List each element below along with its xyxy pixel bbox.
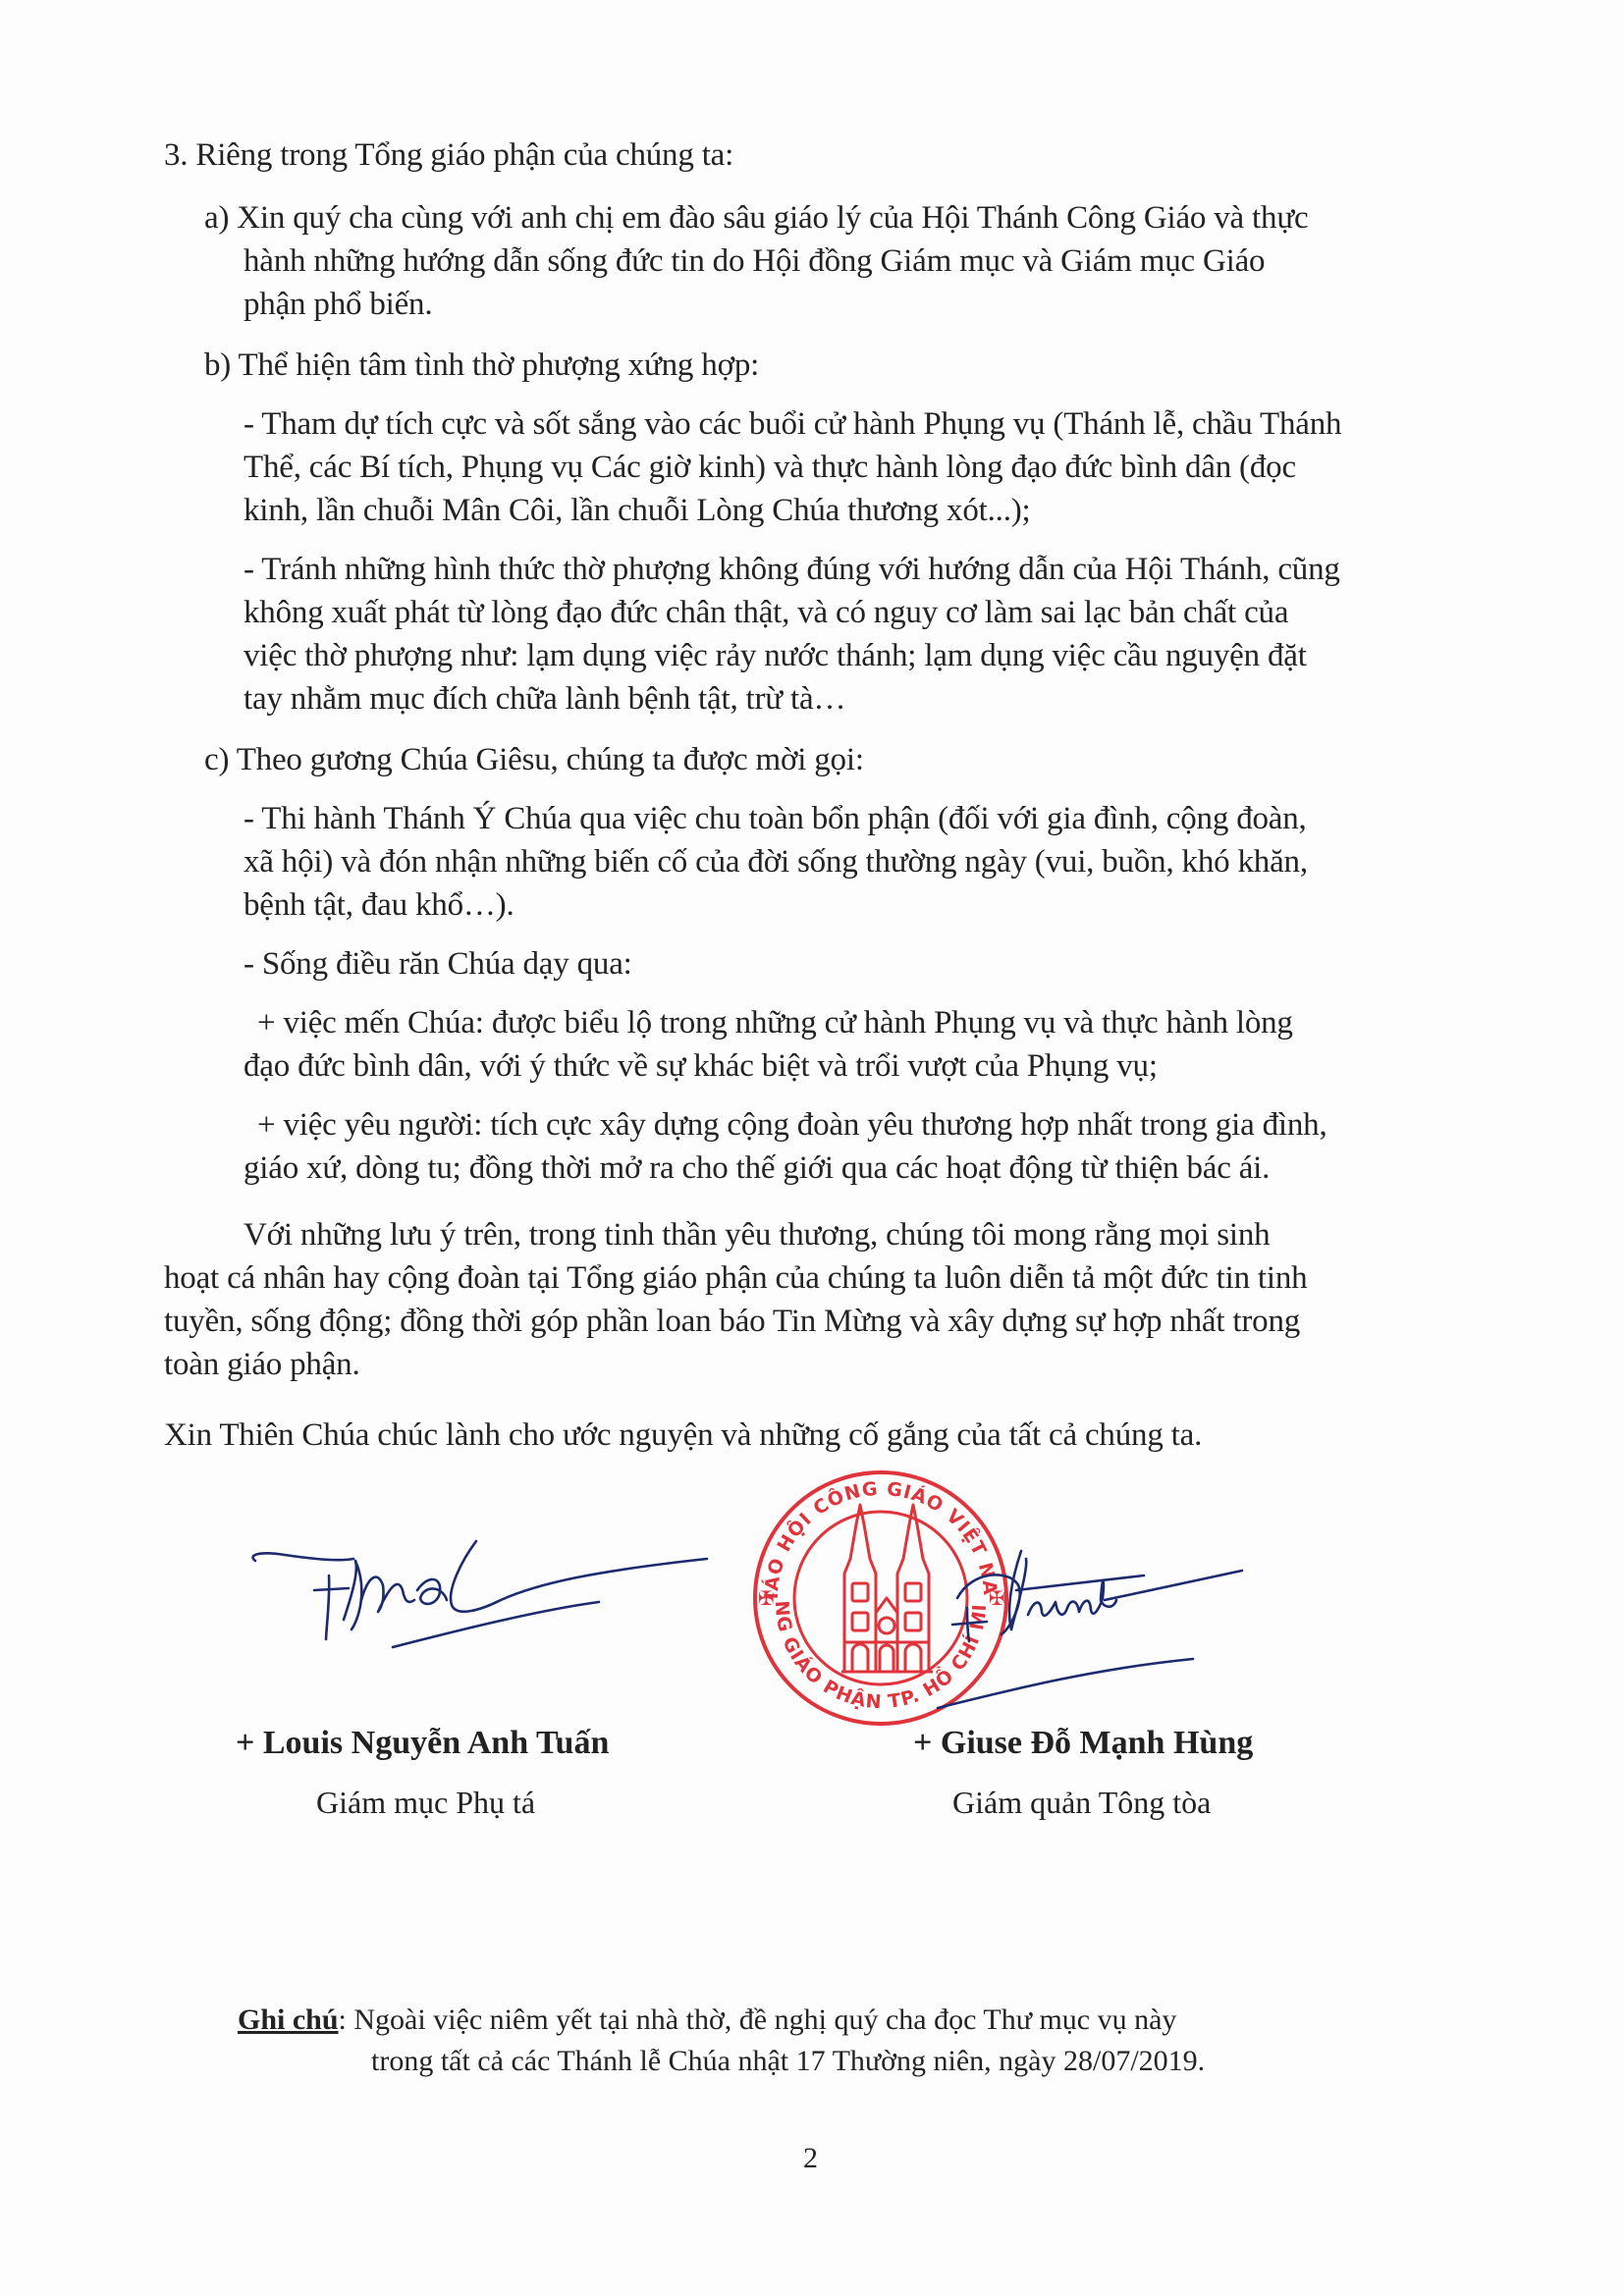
svg-text:✠: ✠ — [758, 1586, 775, 1610]
item-b-bullet-2-line-1: - Tránh những hình thức thờ phượng không… — [244, 548, 1340, 591]
item-c-sub-1-line-2: đạo đức bình dân, với ý thức về sự khác … — [244, 1044, 1158, 1088]
item-c-sub-2-line-1: + việc yêu người: tích cực xây dựng cộng… — [257, 1103, 1327, 1147]
note-separator: : — [339, 2003, 347, 2036]
item-c-bullet-2: - Sống điều răn Chúa dạy qua: — [244, 942, 632, 986]
document-page: 3. Riêng trong Tổng giáo phận của chúng … — [0, 0, 1624, 2296]
signatory-2-title: Giám quản Tông tòa — [952, 1785, 1211, 1821]
item-a-line-2: hành những hướng dẫn sống đức tin do Hội… — [244, 240, 1265, 283]
item-b-bullet-1-line-1: - Tham dự tích cực và sốt sắng vào các b… — [244, 402, 1341, 446]
item-b-bullet-1-line-3: kinh, lần chuỗi Mân Côi, lần chuỗi Lòng … — [244, 489, 1031, 532]
note-line-1: Ghi chú: Ngoài việc niêm yết tại nhà thờ… — [238, 2000, 1176, 2041]
note-label: Ghi chú — [238, 2003, 339, 2036]
item-c-sub-2-line-2: giáo xứ, dòng tu; đồng thời mở ra cho th… — [244, 1147, 1270, 1190]
item-c-bullet-1-line-3: bệnh tật, đau khổ…). — [244, 883, 514, 927]
section-3-heading: 3. Riêng trong Tổng giáo phận của chúng … — [164, 133, 733, 177]
page-number: 2 — [803, 2142, 818, 2175]
item-a-line-3: phận phổ biến. — [244, 283, 432, 326]
closing-line-4: toàn giáo phận. — [164, 1343, 360, 1386]
item-c-bullet-1-line-2: xã hội) và đón nhận những biến cố của đờ… — [244, 840, 1308, 883]
item-b-heading: b) Thể hiện tâm tình thờ phượng xứng hợp… — [204, 344, 759, 387]
item-c-bullet-1-line-1: - Thi hành Thánh Ý Chúa qua việc chu toà… — [244, 797, 1307, 840]
item-c-sub-1-line-1: + việc mến Chúa: được biểu lộ trong nhữn… — [257, 1001, 1293, 1044]
note-line-2: trong tất cả các Thánh lễ Chúa nhật 17 T… — [371, 2041, 1205, 2082]
closing-line-2: hoạt cá nhân hay cộng đoàn tại Tổng giáo… — [164, 1256, 1307, 1300]
note-text-1: Ngoài việc niêm yết tại nhà thờ, đề nghị… — [353, 2003, 1176, 2036]
item-b-bullet-2-line-3: việc thờ phượng như: lạm dụng việc rảy n… — [244, 634, 1307, 677]
item-b-bullet-2-line-4: tay nhằm mục đích chữa lành bệnh tật, tr… — [244, 677, 845, 721]
item-b-bullet-2-line-2: không xuất phát từ lòng đạo đức chân thậ… — [244, 591, 1288, 634]
item-c-heading: c) Theo gương Chúa Giêsu, chúng ta được … — [204, 738, 864, 781]
item-a-line-1: a) Xin quý cha cùng với anh chị em đào s… — [204, 196, 1471, 240]
signature-right-icon — [957, 1531, 1242, 1679]
note-text-2: trong tất cả các Thánh lễ Chúa nhật 17 T… — [371, 2045, 1205, 2077]
closing-line-3: tuyền, sống động; đồng thời góp phần loa… — [164, 1300, 1300, 1343]
signatory-1-name: + Louis Nguyễn Anh Tuấn — [236, 1725, 609, 1762]
signatory-2-name: + Giuse Đỗ Mạnh Hùng — [913, 1725, 1253, 1762]
blessing: Xin Thiên Chúa chúc lành cho ước nguyện … — [164, 1414, 1202, 1457]
item-b-bullet-1-line-2: Thể, các Bí tích, Phụng vụ Các giờ kinh)… — [244, 446, 1296, 489]
signatory-1-title: Giám mục Phụ tá — [316, 1785, 535, 1821]
signature-left-icon — [245, 1531, 717, 1679]
closing-line-1: Với những lưu ý trên, trong tinh thần yê… — [244, 1213, 1270, 1256]
